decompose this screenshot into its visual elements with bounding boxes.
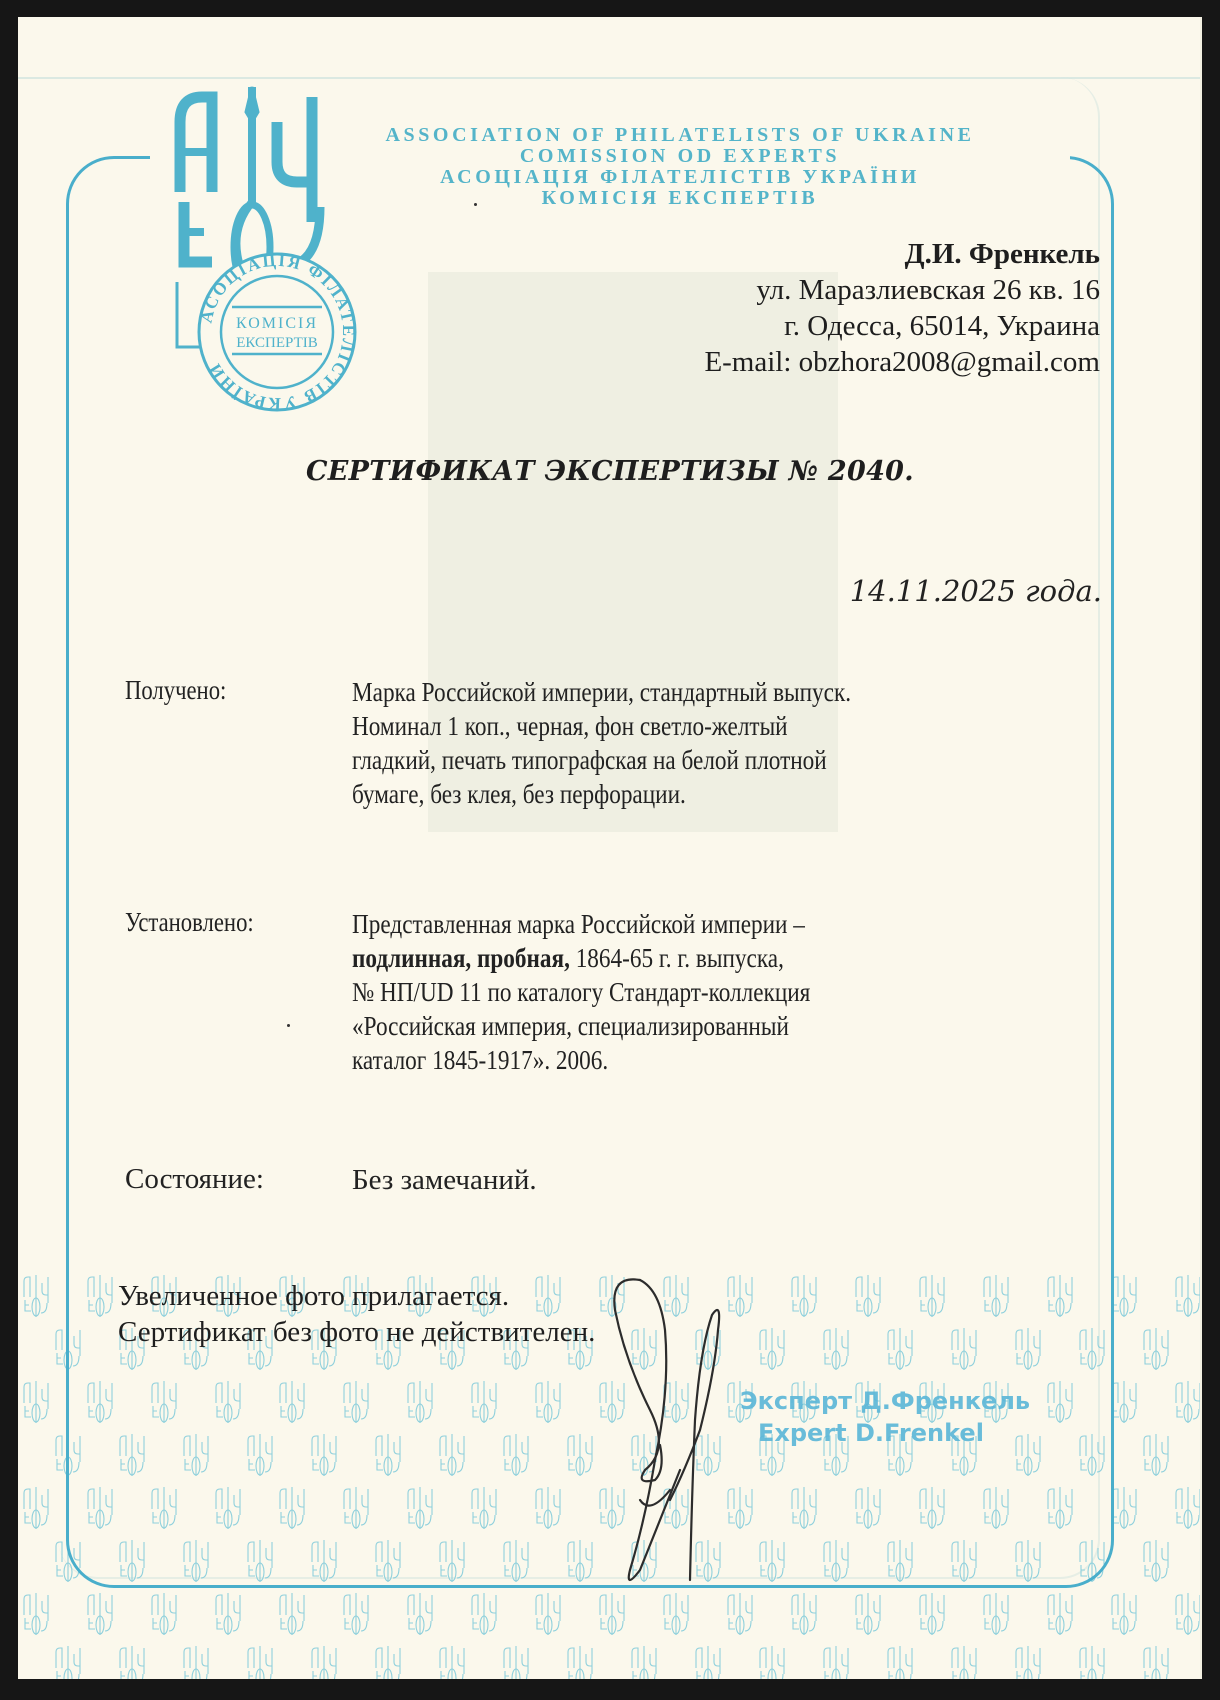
expert-email[interactable]: E-mail: obzhora2008@gmail.com: [704, 344, 1100, 380]
certificate-title: СЕРТИФИКАТ ЭКСПЕРТИЗЫ № 2040.: [0, 456, 1220, 487]
svg-text:КОМІСІЯ: КОМІСІЯ: [236, 315, 318, 332]
received-line: гладкий, печать типографская на белой пл…: [352, 743, 1126, 777]
expert-city: г. Одесса, 65014, Украина: [704, 308, 1100, 344]
received-text: Марка Российской империи, стандартный вы…: [352, 675, 1126, 811]
condition-value: Без замечаний.: [352, 1163, 1112, 1197]
condition-label: Состояние:: [125, 1163, 264, 1196]
org-commission-uk: КОМІСІЯ ЕКСПЕРТІВ: [300, 188, 1060, 209]
svg-text:ЕКСПЕРТІВ: ЕКСПЕРТІВ: [236, 335, 317, 351]
expert-name: Д.И. Френкель: [704, 236, 1100, 272]
issue-years: 1864-65 г. г. выпуска,: [570, 943, 784, 973]
established-line: Представленная марка Российской империи …: [352, 907, 1126, 941]
received-line: Номинал 1 коп., черная, фон светло-желты…: [352, 709, 1126, 743]
organization-header: ASSOCIATION OF PHILATELISTS OF UKRAINE C…: [300, 125, 1060, 209]
established-line: № НП/UD 11 по каталогу Стандарт-коллекци…: [352, 975, 1126, 1009]
ink-speck: [287, 1024, 290, 1027]
note-photo-attached: Увеличенное фото прилагается.: [118, 1278, 595, 1314]
established-text: Представленная марка Российской империи …: [352, 907, 1126, 1077]
org-name-uk: АСОЦІАЦІЯ ФІЛАТЕЛІСТІВ УКРАЇНИ: [300, 167, 1060, 188]
stamp-line-en: Expert D.Frenkel: [740, 1417, 1030, 1449]
received-line: бумаге, без клея, без перфорации.: [352, 777, 1126, 811]
ink-speck: [474, 203, 477, 206]
expert-street: ул. Маразлиевская 26 кв. 16: [704, 272, 1100, 308]
expert-stamp: Эксперт Д.Френкель Expert D.Frenkel: [740, 1385, 1030, 1449]
received-line: Марка Российской империи, стандартный вы…: [352, 675, 1126, 709]
certificate-date: 14.11.2025 года.: [850, 574, 1102, 608]
paper-edge: [1200, 17, 1202, 1679]
received-label: Получено:: [125, 675, 226, 706]
expert-address-block: Д.И. Френкель ул. Маразлиевская 26 кв. 1…: [704, 236, 1100, 380]
org-name-en: ASSOCIATION OF PHILATELISTS OF UKRAINE: [300, 125, 1060, 146]
established-line: каталог 1845-1917». 2006.: [352, 1043, 1126, 1077]
note-photo-required: Сертификат без фото не действителен.: [118, 1314, 595, 1350]
authenticity-verdict: подлинная, пробная,: [352, 943, 570, 973]
stamp-line-ru: Эксперт Д.Френкель: [740, 1385, 1030, 1417]
established-line: подлинная, пробная, 1864-65 г. г. выпуск…: [352, 941, 1126, 975]
established-line: «Российская империя, специализированный: [352, 1009, 1126, 1043]
photo-notes: Увеличенное фото прилагается. Сертификат…: [118, 1278, 595, 1350]
established-label: Установлено:: [125, 907, 254, 938]
org-commission-en: COMISSION OD EXPERTS: [300, 146, 1060, 167]
